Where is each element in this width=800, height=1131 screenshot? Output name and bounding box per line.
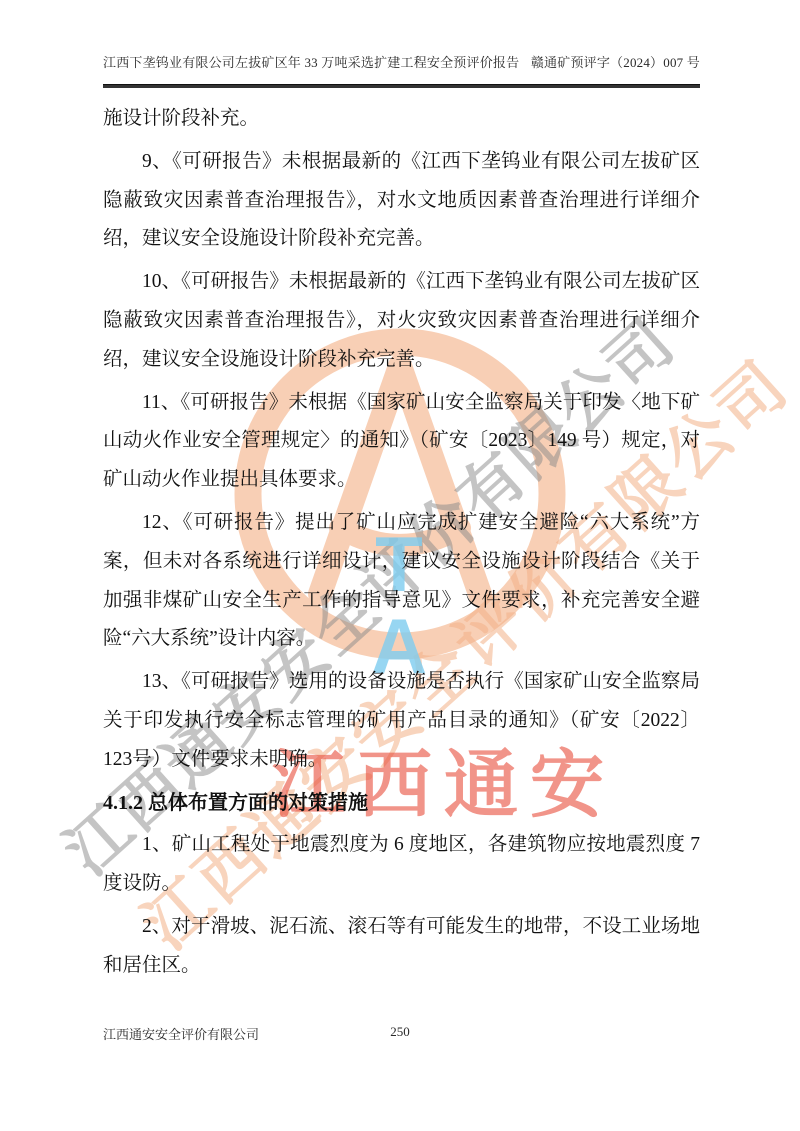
paragraph-item-13: 13、《可研报告》选用的设备设施是否执行《国家矿山安全监察局关于印发执行安全标志… (103, 663, 700, 779)
page-footer: 250 江西通安安全评价有限公司 (0, 1024, 800, 1048)
paragraph-item-12: 12、《可研报告》提出了矿山应完成扩建安全避险“六大系统”方案，但未对各系统进行… (103, 504, 700, 659)
paragraph-measure-1: 1、矿山工程处于地震烈度为 6 度地区，各建筑物应按地震烈度 7 度设防。 (103, 826, 700, 904)
footer-company-name: 江西通安安全评价有限公司 (103, 1024, 259, 1043)
header-document-number: 赣通矿预评字（2024）007 号 (531, 52, 700, 71)
report-page: 江西通安安全评价有限公司 江西通安安全评价有限公司 TA 江西通安 江西下垄钨业… (0, 0, 800, 1131)
header-report-title: 江西下垄钨业有限公司左拔矿区年 33 万吨采选扩建工程安全预评价报告 (103, 52, 519, 71)
paragraph-item-10: 10、《可研报告》未根据最新的《江西下垄钨业有限公司左拔矿区隐蔽致灾因素普查治理… (103, 263, 700, 379)
header-rule (103, 84, 700, 88)
page-header: 江西下垄钨业有限公司左拔矿区年 33 万吨采选扩建工程安全预评价报告 赣通矿预评… (103, 52, 700, 71)
paragraph-measure-2: 2、对于滑坡、泥石流、滚石等有可能发生的地带，不设工业场地和居住区。 (103, 908, 700, 986)
document-body: 施设计阶段补充。 9、《可研报告》未根据最新的《江西下垄钨业有限公司左拔矿区隐蔽… (103, 100, 700, 990)
paragraph-continuation: 施设计阶段补充。 (103, 100, 700, 139)
paragraph-item-9: 9、《可研报告》未根据最新的《江西下垄钨业有限公司左拔矿区隐蔽致灾因素普查治理报… (103, 143, 700, 259)
section-heading-4-1-2: 4.1.2 总体布置方面的对策措施 (103, 784, 700, 823)
paragraph-item-11: 11、《可研报告》未根据《国家矿山安全监察局关于印发〈地下矿山动火作业安全管理规… (103, 384, 700, 500)
